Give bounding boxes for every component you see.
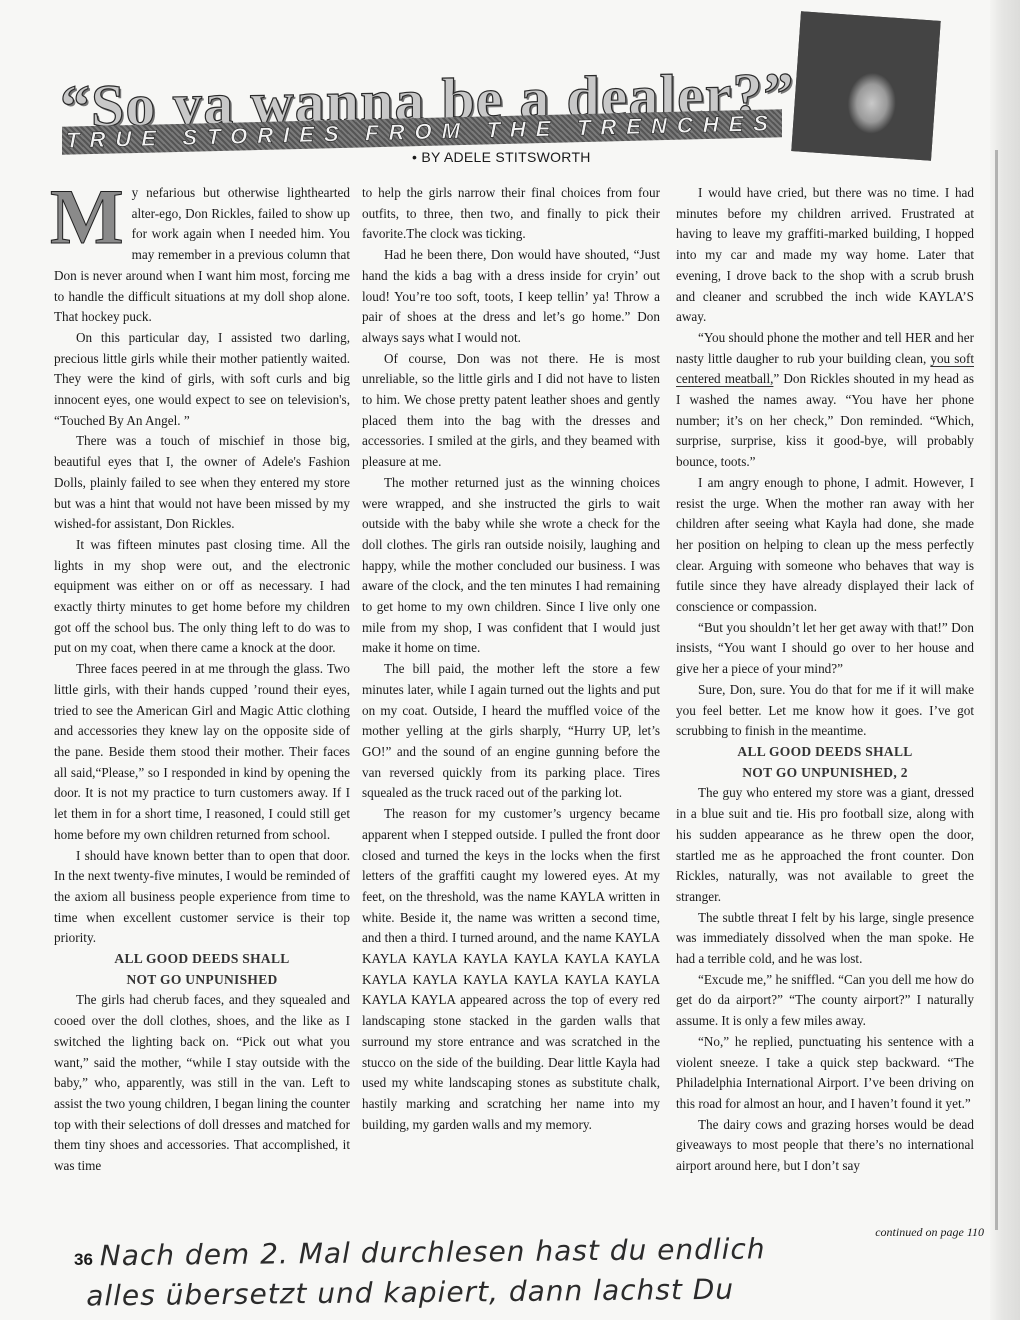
paragraph: The bill paid, the mother left the store… [362,659,660,804]
subtitle-word: TRENCHES [577,110,778,141]
article-title-banner: “So ya wanna be a dealer?” TRUE STORIES … [60,78,780,158]
author-photo [791,11,940,160]
paragraph: “You should phone the mother and tell HE… [676,328,974,473]
byline: • BY ADELE STITSWORTH [412,149,591,165]
paragraph: On this particular day, I assisted two d… [54,328,350,432]
handwritten-line: alles übersetzt und kapiert, dann lachst… [86,1268,920,1317]
paragraph: I am angry enough to phone, I admit. How… [676,473,974,618]
paragraph: There was a touch of mischief in those b… [54,431,350,535]
subtitle-word: FROM [365,118,470,147]
article-column-1: My nefarious but otherwise lighthearted … [54,183,350,1177]
paragraph: The subtle threat I felt by his large, s… [676,908,974,970]
paragraph: “Excude me,” he sniffled. “Can you dell … [676,970,974,1032]
paragraph: I should have known better than to open … [54,846,350,950]
paragraph: Had he been there, Don would have shoute… [362,245,660,349]
paragraph: The guy who entered my store was a giant… [676,783,974,907]
paragraph: The dairy cows and grazing horses would … [676,1115,974,1177]
page-number: 36 [74,1250,93,1270]
paragraph: The mother returned just as the winning … [362,473,660,659]
article-column-3: I would have cried, but there was no tim… [676,183,974,1177]
paragraph: The reason for my customer’s urgency bec… [362,804,660,1135]
subtitle-word: TRUE [66,125,166,153]
section-heading: ALL GOOD DEEDS SHALL NOT GO UNPUNISHED [54,949,350,990]
paragraph: My nefarious but otherwise lighthearted … [54,183,350,328]
paragraph: “No,” he replied, punctuating his senten… [676,1032,974,1115]
handwritten-note: Nach dem 2. Mal durchlesen hast du endli… [100,1228,921,1317]
scan-edge-line [995,150,998,1230]
subtitle-word: STORIES [182,121,348,151]
paragraph: The girls had cherub faces, and they squ… [54,990,350,1176]
paragraph: Three faces peered in at me through the … [54,659,350,845]
paragraph: I would have cried, but there was no tim… [676,183,974,328]
paragraph: to help the girls narrow their final cho… [362,183,660,245]
article-column-2: to help the girls narrow their final cho… [362,183,660,1135]
paragraph: Sure, Don, sure. You do that for me if i… [676,680,974,742]
subtitle-word: THE [486,116,560,144]
paragraph: Of course, Don was not there. He is most… [362,349,660,473]
paragraph: It was fifteen minutes past closing time… [54,535,350,659]
drop-cap: M [50,187,124,247]
section-heading: ALL GOOD DEEDS SHALL NOT GO UNPUNISHED, … [676,742,974,783]
magazine-page: “So ya wanna be a dealer?” TRUE STORIES … [0,0,1020,1320]
paragraph: “But you shouldn’t let her get away with… [676,618,974,680]
